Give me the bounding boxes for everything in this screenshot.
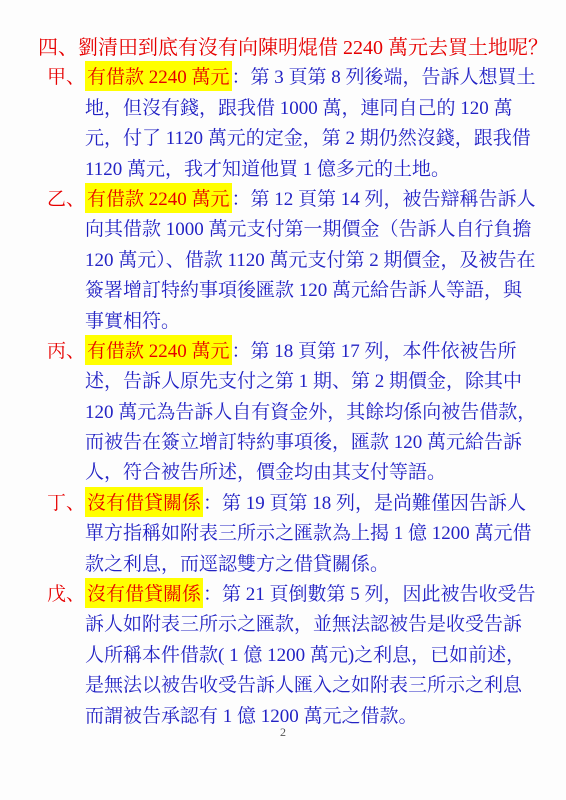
item-first-line: 丙、有借款 2240 萬元：第 18 頁第 17 列，本件依被告所	[0, 337, 566, 367]
highlighted-phrase: 有借款 2240 萬元	[85, 61, 232, 91]
item-list: 甲、有借款 2240 萬元：第 3 頁第 8 列後端，告訴人想買土 地，但沒有錢…	[0, 63, 566, 732]
item-text-line: 地，但沒有錢，跟我借 1000 萬，連同自己的 120 萬	[0, 94, 566, 124]
highlighted-phrase: 有借款 2240 萬元	[85, 183, 232, 213]
item-text: ：第 21 頁倒數第 5 列，因此被告收受告	[203, 584, 536, 605]
item-text-line: 120 萬元）、借款 1120 萬元支付第 2 期價金，及被告在	[0, 246, 566, 276]
item-text-line: 款之利息，而逕認雙方之借貸關係。	[0, 550, 566, 580]
item-text-line: 事實相符。	[0, 307, 566, 337]
item-text: ：第 12 頁第 14 列，被告辯稱告訴人	[232, 189, 536, 210]
item-first-line: 丁、沒有借貸關係：第 19 頁第 18 列，是尚難僅因告訴人	[0, 489, 566, 519]
item-first-line: 甲、有借款 2240 萬元：第 3 頁第 8 列後端，告訴人想買土	[0, 63, 566, 93]
item-text: ：第 3 頁第 8 列後端，告訴人想買土	[232, 67, 536, 88]
item-text-line: 單方指稱如附表三所示之匯款為上揭 1 億 1200 萬元借	[0, 519, 566, 549]
item-first-line: 乙、有借款 2240 萬元：第 12 頁第 14 列，被告辯稱告訴人	[0, 185, 566, 215]
item-text: ：第 18 頁第 17 列，本件依被告所	[232, 341, 517, 362]
item-text-line: 是無法以被告收受告訴人匯入之如附表三所示之利息	[0, 671, 566, 701]
list-item: 丁、沒有借貸關係：第 19 頁第 18 列，是尚難僅因告訴人 單方指稱如附表三所…	[0, 489, 566, 580]
document-content: 四、劉清田到底有沒有向陳明焜借 2240 萬元去買土地呢？ 甲、有借款 2240…	[0, 33, 566, 732]
page-number: 2	[0, 724, 566, 740]
document-page: 四、劉清田到底有沒有向陳明焜借 2240 萬元去買土地呢？ 甲、有借款 2240…	[0, 0, 566, 800]
item-label: 戊、	[47, 584, 85, 605]
item-text-line: 而被告在簽立增訂特約事項後，匯款 120 萬元給告訴	[0, 428, 566, 458]
highlighted-phrase: 有借款 2240 萬元	[85, 335, 232, 365]
highlighted-phrase: 沒有借貸關係	[85, 578, 203, 608]
item-text-line: 1120 萬元，我才知道他買 1 億多元的土地。	[0, 155, 566, 185]
list-item: 戊、沒有借貸關係：第 21 頁倒數第 5 列，因此被告收受告 訴人如附表三所示之…	[0, 580, 566, 732]
item-text-line: 述，告訴人原先支付之第 1 期、第 2 期價金，除其中	[0, 367, 566, 397]
item-text: ：第 19 頁第 18 列，是尚難僅因告訴人	[203, 493, 526, 514]
item-text-line: 人所稱本件借款( 1 億 1200 萬元)之利息，已如前述，	[0, 641, 566, 671]
item-text-line: 元，付了 1120 萬元的定金，第 2 期仍然沒錢，跟我借	[0, 124, 566, 154]
item-text-line: 簽署增訂特約事項後匯款 120 萬元給告訴人等語，與	[0, 276, 566, 306]
section-heading: 四、劉清田到底有沒有向陳明焜借 2240 萬元去買土地呢？	[0, 33, 566, 63]
list-item: 乙、有借款 2240 萬元：第 12 頁第 14 列，被告辯稱告訴人 向其借款 …	[0, 185, 566, 337]
item-label: 丁、	[47, 493, 85, 514]
item-text-line: 人，符合被告所述，價金均由其支付等語。	[0, 458, 566, 488]
item-label: 丙、	[47, 341, 85, 362]
item-text-line: 訴人如附表三所示之匯款，並無法認被告是收受告訴	[0, 610, 566, 640]
list-item: 甲、有借款 2240 萬元：第 3 頁第 8 列後端，告訴人想買土 地，但沒有錢…	[0, 63, 566, 185]
item-first-line: 戊、沒有借貸關係：第 21 頁倒數第 5 列，因此被告收受告	[0, 580, 566, 610]
item-text-line: 向其借款 1000 萬元支付第一期價金（告訴人自行負擔	[0, 215, 566, 245]
highlighted-phrase: 沒有借貸關係	[85, 487, 203, 517]
item-label: 乙、	[47, 189, 85, 210]
item-text-line: 120 萬元為告訴人自有資金外，其餘均係向被告借款，	[0, 398, 566, 428]
item-label: 甲、	[47, 67, 85, 88]
list-item: 丙、有借款 2240 萬元：第 18 頁第 17 列，本件依被告所 述，告訴人原…	[0, 337, 566, 489]
